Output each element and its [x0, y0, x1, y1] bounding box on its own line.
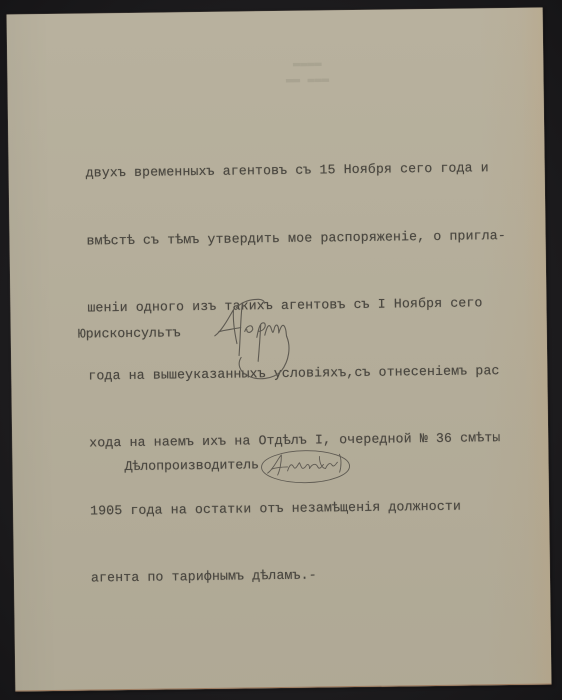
body-line-3: шеніи одного изъ такихъ агентовъ съ I Но… [87, 291, 557, 320]
jurist-title: Юрисконсультъ [78, 325, 181, 341]
show-through-text: ▬▬▬▬▬▬ ▬▬▬ [252, 55, 363, 96]
document-page: ▬▬▬▬▬▬ ▬▬▬ двухъ временныхъ агентовъ съ … [7, 8, 552, 692]
photo-background: ▬▬▬▬▬▬ ▬▬▬ двухъ временныхъ агентовъ съ … [0, 0, 562, 700]
body-line-7: агента по тарифнымъ дѣламъ.- [91, 561, 561, 590]
body-line-6: 1905 года на остатки отъ незамѣщенія дол… [90, 494, 560, 523]
body-line-5: хода на наемъ ихъ на Отдѣлъ I, очередной… [89, 426, 559, 455]
body-line-4: года на вышеуказанныхъ условіяхъ,съ отне… [88, 359, 558, 388]
clerk-title: Дѣлопроизводитель [124, 457, 259, 474]
body-line-1: двухъ временныхъ агентовъ съ 15 Ноября с… [86, 156, 556, 185]
body-line-2: вмѣстѣ съ тѣмъ утвердить мое распоряжені… [86, 224, 556, 253]
letter-body: двухъ временныхъ агентовъ съ 15 Ноября с… [85, 111, 562, 635]
